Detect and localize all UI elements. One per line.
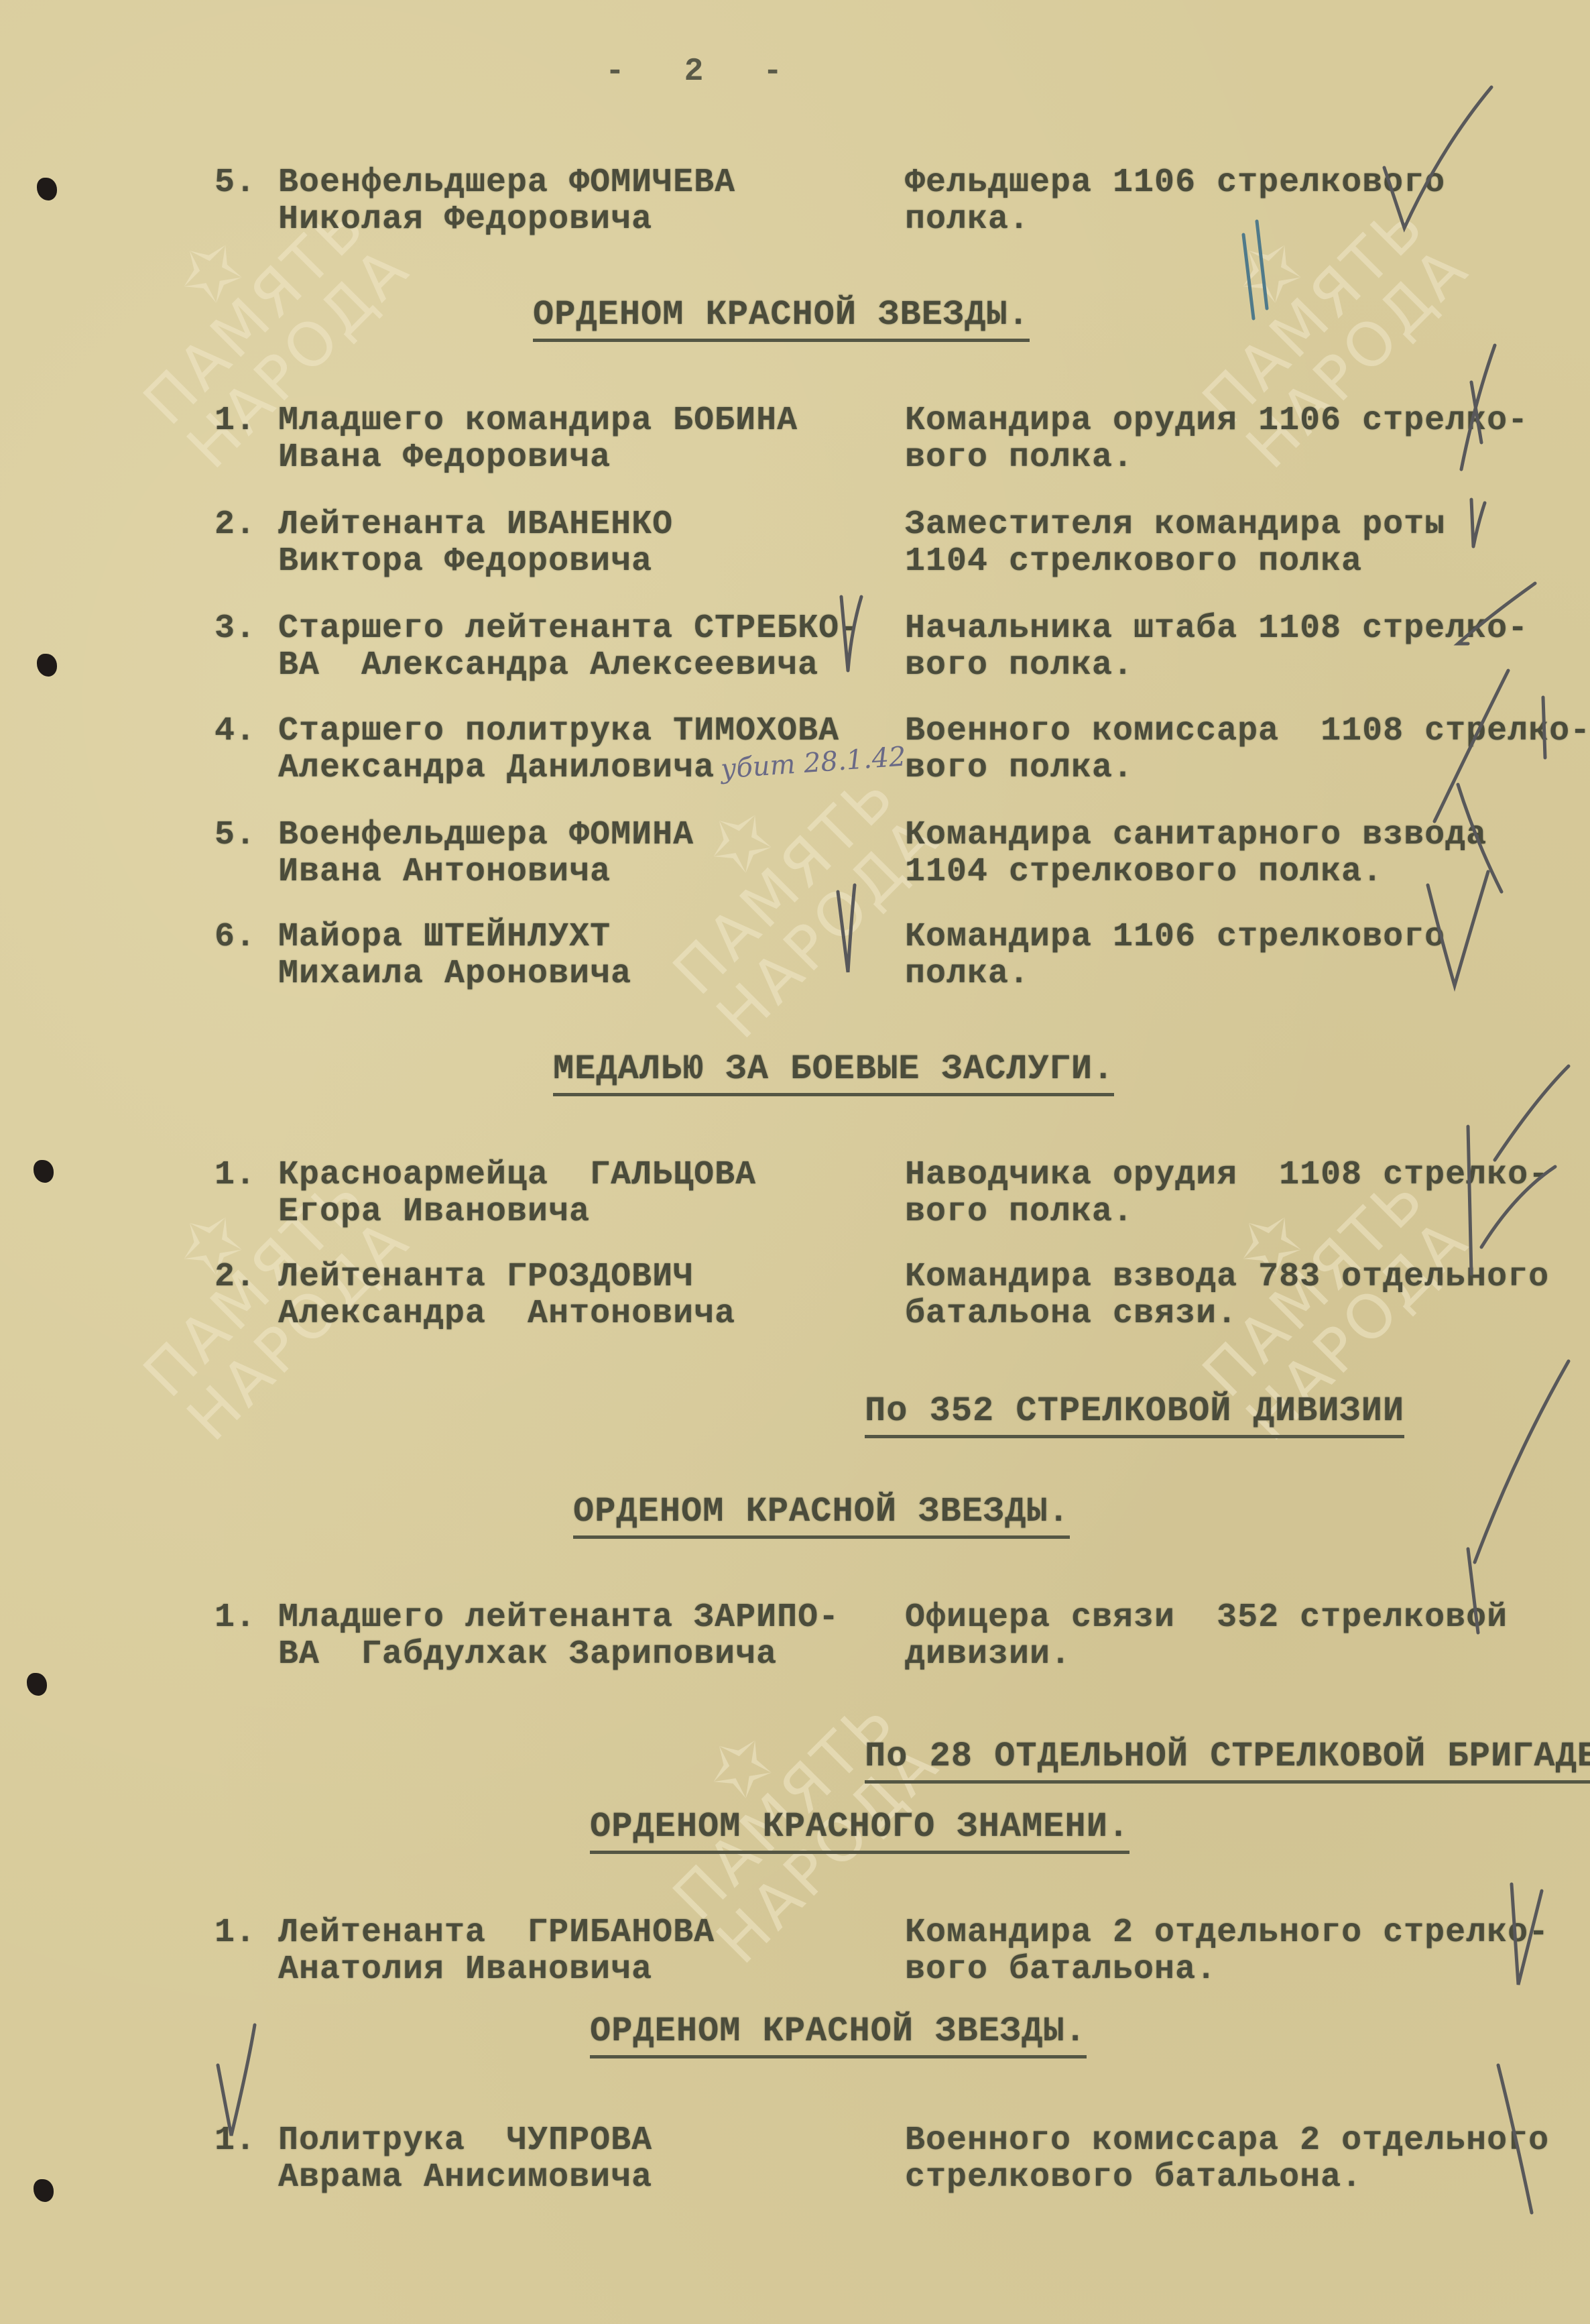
handwritten-check-marks [0, 0, 1590, 2324]
document-page: ✩ ПАМЯТЬНАРОДА ✩ ПАМЯТЬНАРОДА ✩ ПАМЯТЬНА… [0, 0, 1590, 2324]
